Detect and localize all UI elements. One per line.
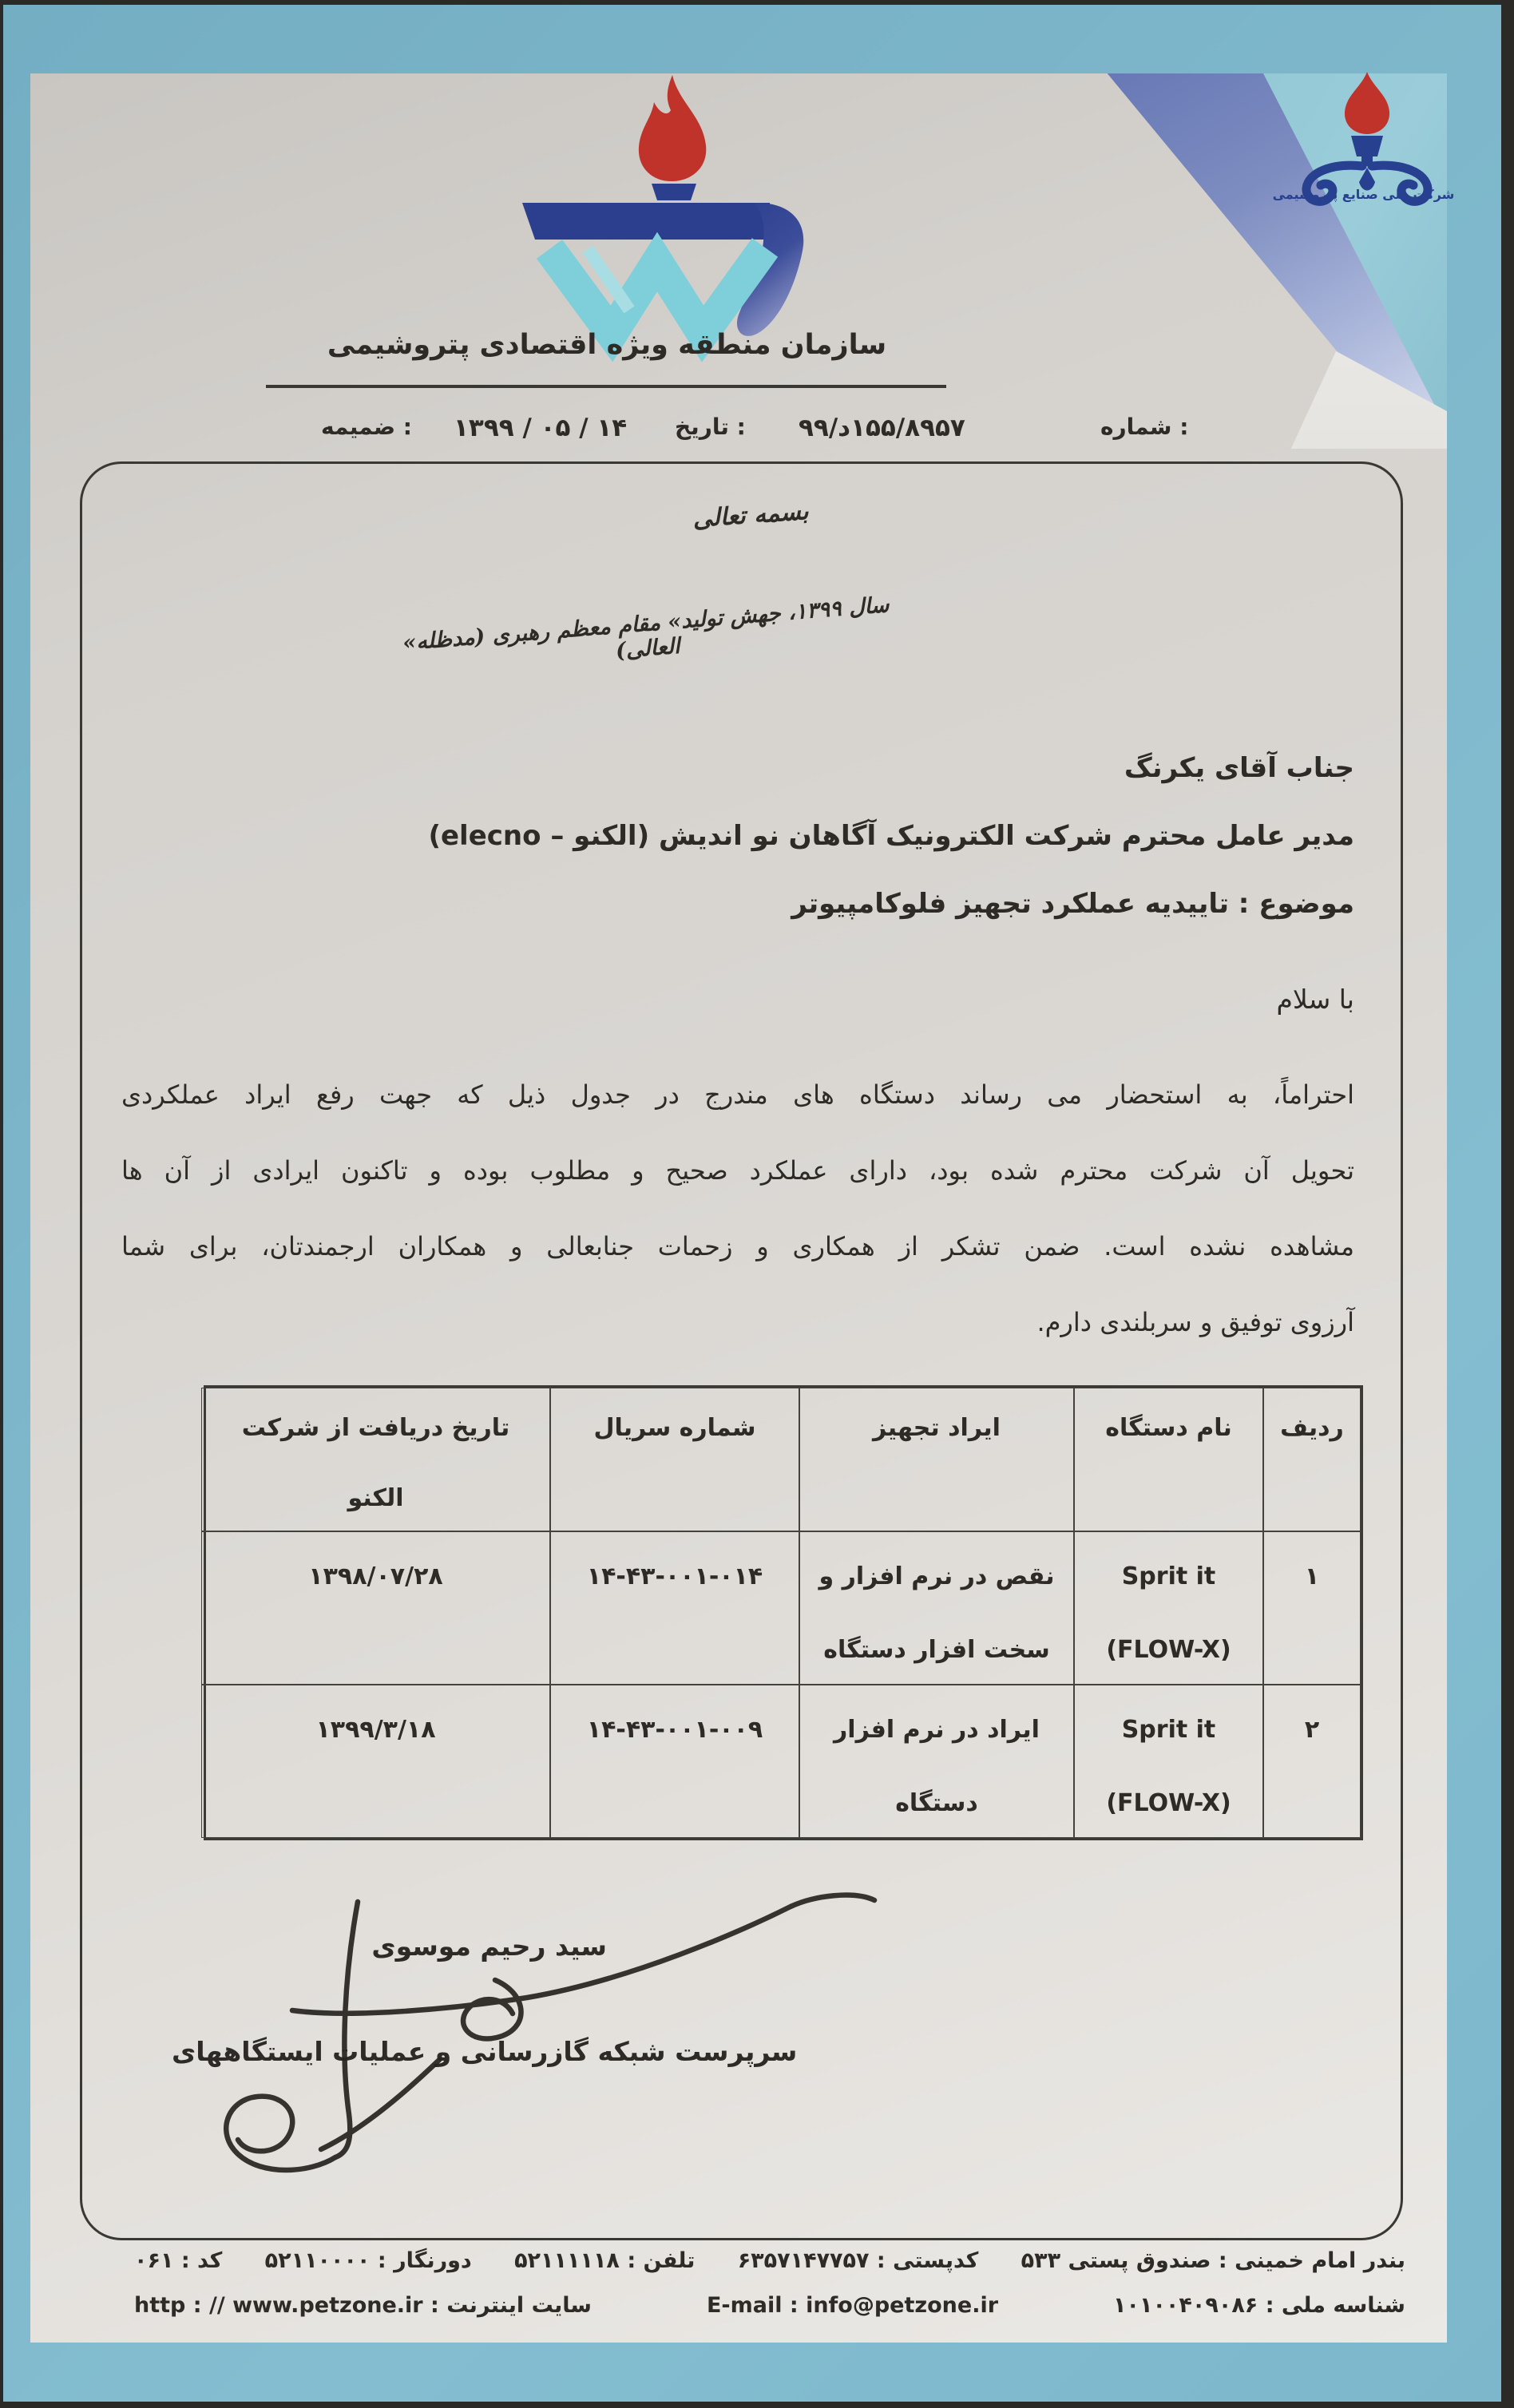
table-row1-serial: ۱۴-۴۳-۰۰۱-۰۱۴ — [550, 1531, 799, 1685]
org-name: سازمان منطقه ویژه اقتصادی پتروشیمی — [240, 329, 974, 361]
table-row2-serial: ۱۴-۴۳-۰۰۱-۰۰۹ — [550, 1685, 799, 1838]
footer-national-id: شناسه ملی : ۱۰۱۰۰۴۰۹۰۸۶ — [1113, 2293, 1405, 2318]
attachment-label: ضمیمه : — [321, 414, 412, 457]
body-line: مشاهده نشده است. ضمن تشکر از همکاری و زح… — [121, 1231, 1354, 1261]
org-logo-icon — [493, 70, 869, 338]
subject-line: موضوع : تاییدیه عملکرد تجهیز فلوکامپیوتر — [791, 888, 1354, 920]
date-label: تاریخ : — [675, 414, 746, 457]
devices-table: ردیف نام دستگاه ایراد تجهیز شماره سریال … — [204, 1385, 1363, 1840]
table-row2-issue: ایراد در نرم افزار دستگاه — [799, 1685, 1074, 1838]
footer-row-2: شناسه ملی : ۱۰۱۰۰۴۰۹۰۸۶ E-mail : info@pe… — [134, 2293, 1405, 2318]
table-row1-no: ۱ — [1263, 1531, 1361, 1685]
body-line: احتراماً، به استحضار می رساند دستگاه های… — [121, 1079, 1354, 1110]
table-row2-device: Sprit it (FLOW-X) — [1074, 1685, 1263, 1838]
recipient-title: مدیر عامل محترم شرکت الکترونیک آگاهان نو… — [428, 820, 1354, 852]
handwritten-signature — [152, 1860, 894, 2188]
table-row1-date: ۱۳۹۸/۰۷/۲۸ — [201, 1531, 550, 1685]
col-header-row-no: ردیف — [1263, 1388, 1361, 1531]
number-value: ۹۹/د۱۵۵/۸۹۵۷ — [799, 414, 965, 457]
footer-area-code: کد : ۰۶۱ — [134, 2248, 222, 2273]
col-header-serial: شماره سریال — [550, 1388, 799, 1531]
recipient-name: جناب آقای یکرنگ — [1124, 752, 1354, 784]
footer-phone: تلفن : ۵۲۱۱۱۱۱۸ — [514, 2248, 695, 2273]
table-row1-device: Sprit it (FLOW-X) — [1074, 1531, 1263, 1685]
footer-address: بندر امام خمینی : صندوق پستی ۵۳۳ — [1021, 2248, 1405, 2273]
footer-email: E-mail : info@petzone.ir — [707, 2293, 998, 2318]
footer-row-1: بندر امام خمینی : صندوق پستی ۵۳۳ کدپستی … — [134, 2248, 1405, 2273]
scanned-letter-page: { "document": { "header": { "org_name": … — [0, 0, 1514, 2408]
date-value: ۱۳۹۹ / ۰۵ / ۱۴ — [454, 414, 627, 457]
npc-logo-icon — [1287, 69, 1447, 196]
body-line: تحویل آن شرکت محترم شده بود، دارای عملکر… — [121, 1155, 1354, 1186]
npc-logo-caption: شرکت ملی صنایع پتروشیمی — [1262, 187, 1465, 202]
col-header-device: نام دستگاه — [1074, 1388, 1263, 1531]
table-row2-date: ۱۳۹۹/۳/۱۸ — [201, 1685, 550, 1838]
table-row2-no: ۲ — [1263, 1685, 1361, 1838]
number-label: شماره : — [1100, 414, 1188, 457]
body-line: آرزوی توفیق و سربلندی دارم. — [121, 1307, 1354, 1337]
footer-postal-code: کدپستی : ۶۳۵۷۱۴۷۷۵۷ — [738, 2248, 979, 2273]
footer-fax: دورنگار : ۵۲۱۱۰۰۰۰ — [265, 2248, 472, 2273]
col-header-date: تاریخ دریافت از شرکت الکنو — [201, 1388, 550, 1531]
table-row1-issue: نقص در نرم افزار و سخت افزار دستگاه — [799, 1531, 1074, 1685]
greeting: با سلام — [1276, 984, 1354, 1015]
header-rule — [266, 385, 946, 388]
footer-website: سایت اینترنت : http : // www.petzone.ir — [134, 2293, 592, 2318]
col-header-issue: ایراد تجهیز — [799, 1388, 1074, 1531]
